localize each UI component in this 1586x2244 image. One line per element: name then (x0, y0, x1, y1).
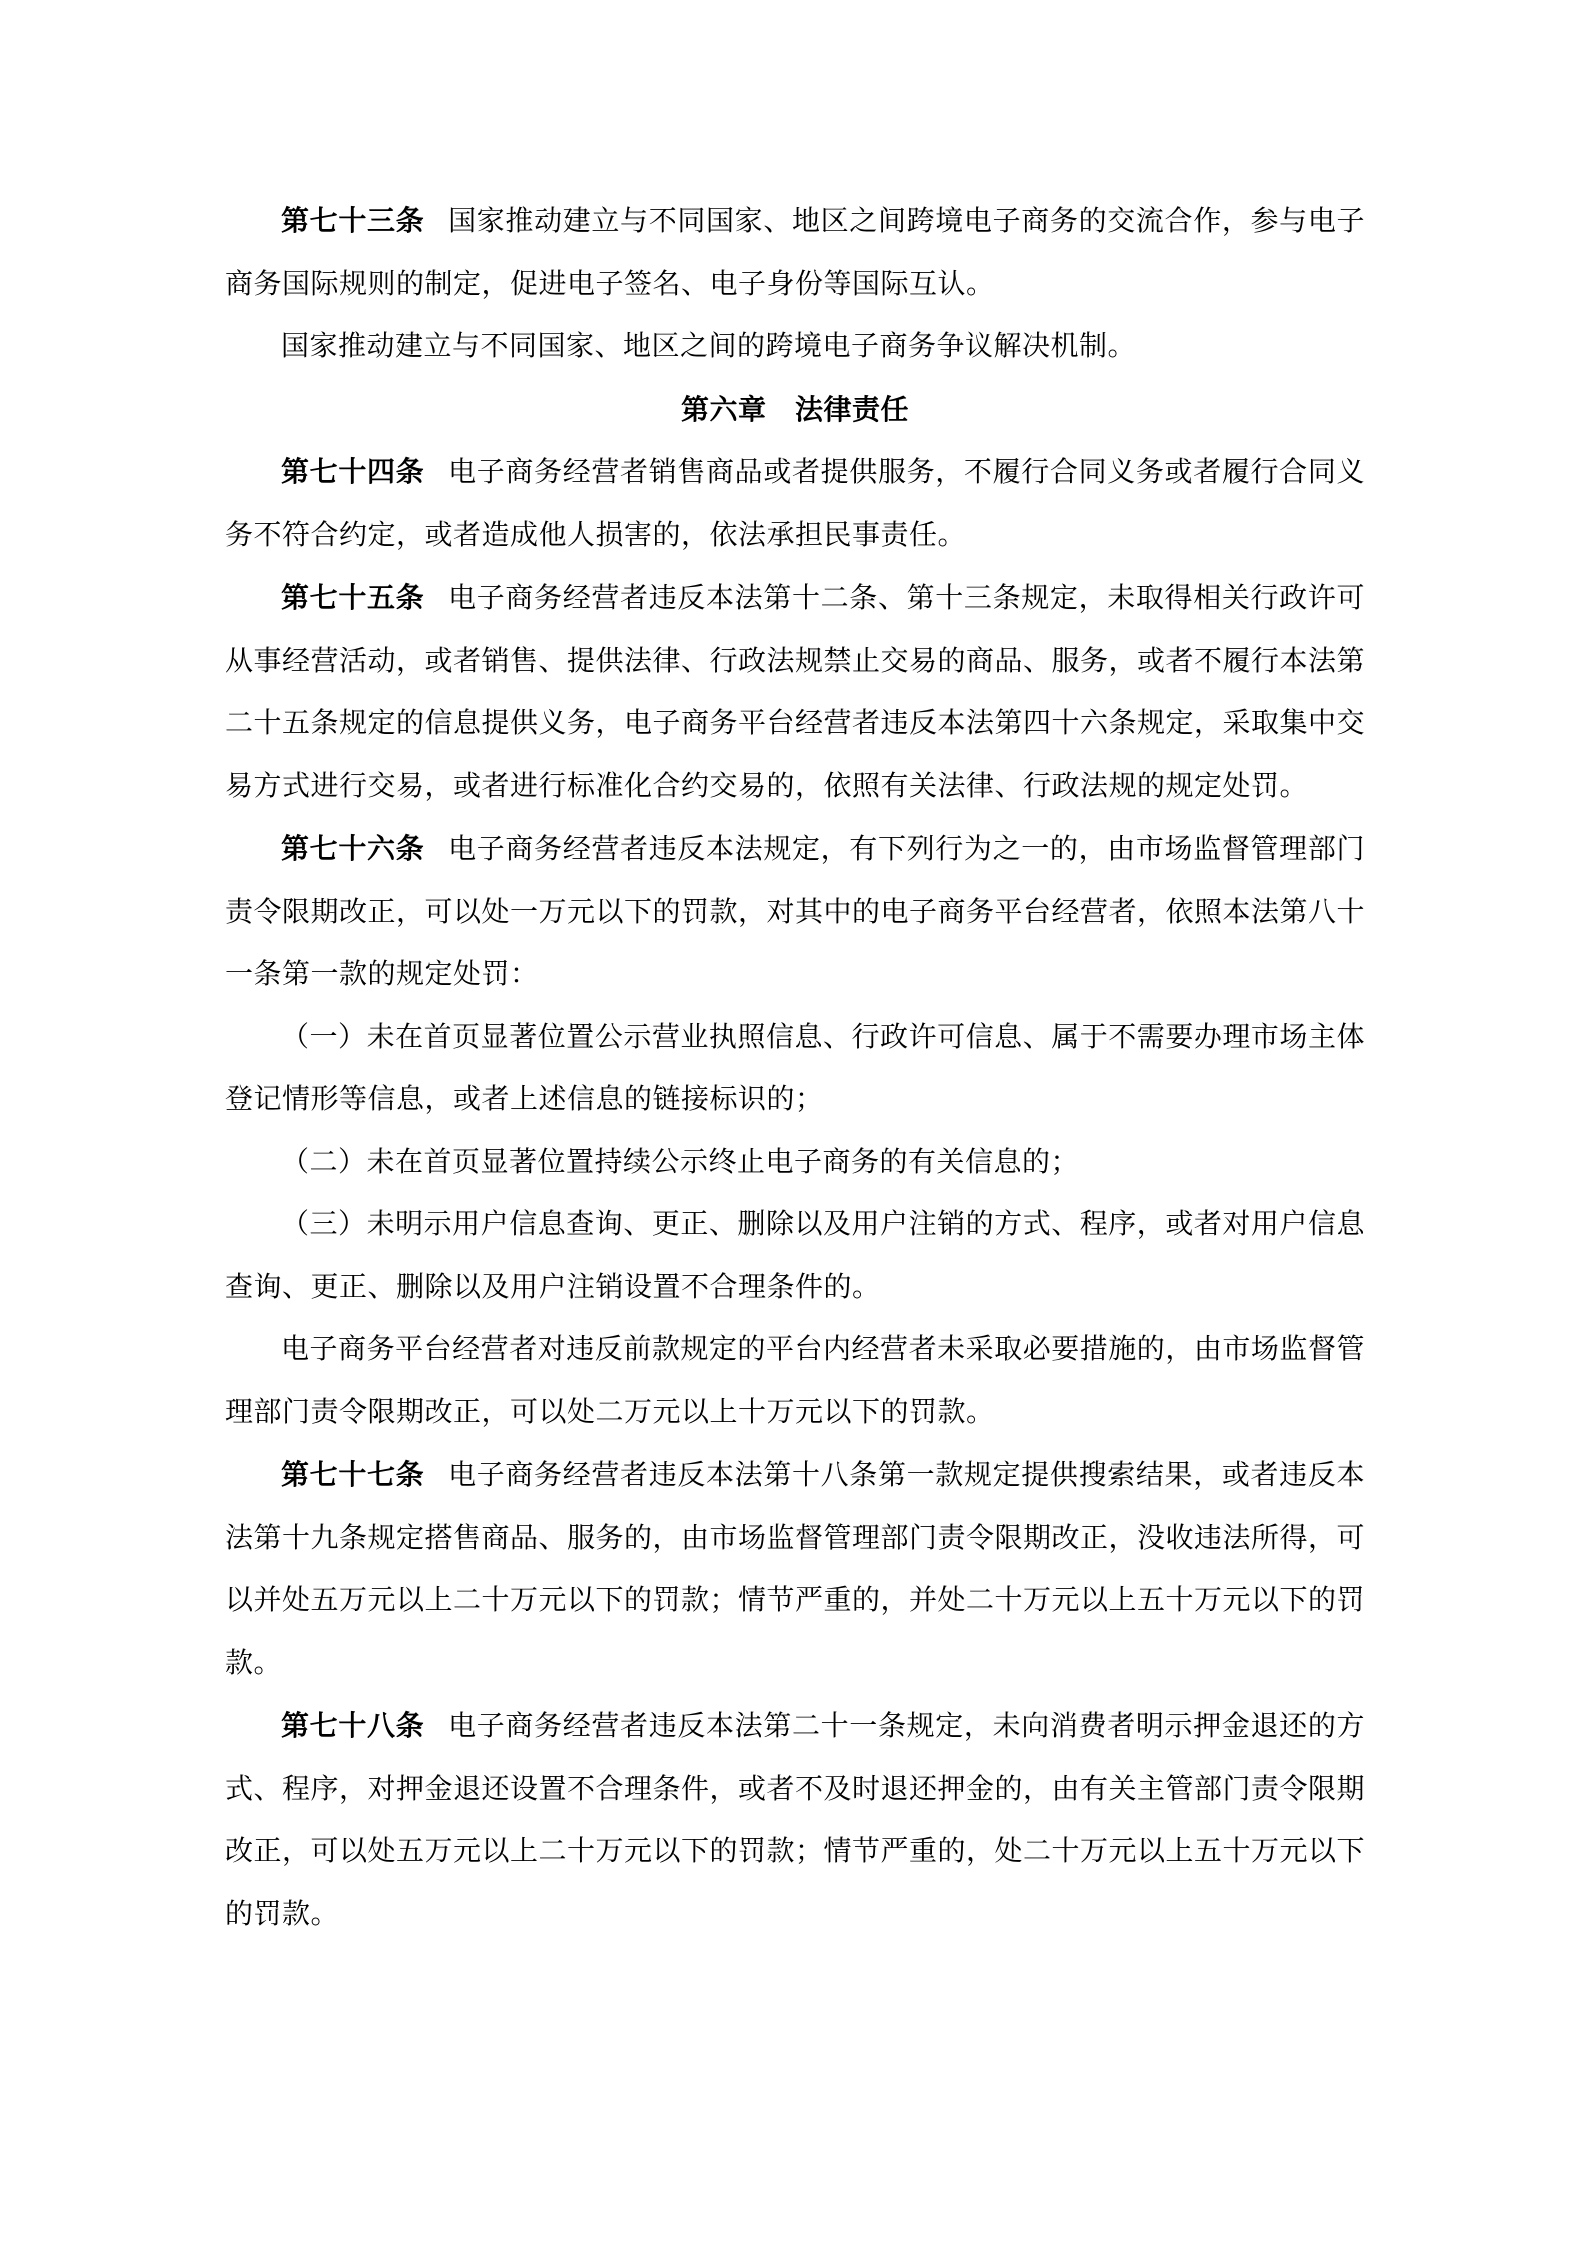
article-73-paragraph-2: 国家推动建立与不同国家、地区之间的跨境电子商务争议解决机制。 (225, 316, 1365, 379)
article-76-item-3-text: （三）未明示用户信息查询、更正、删除以及用户注销的方式、程序，或者对用户信息查询… (225, 1209, 1365, 1303)
article-76-intro-paragraph: 第七十六条电子商务经营者违反本法规定，有下列行为之一的，由市场监督管理部门责令限… (225, 818, 1365, 1007)
article-76-paragraph-2-text: 电子商务平台经营者对违反前款规定的平台内经营者未采取必要措施的，由市场监督管理部… (225, 1334, 1365, 1428)
article-76-item-1-text: （一）未在首页显著位置公示营业执照信息、行政许可信息、属于不需要办理市场主体登记… (225, 1022, 1365, 1116)
chapter-6-heading: 第六章 法律责任 (225, 379, 1365, 442)
article-76-number: 第七十六条 (281, 833, 424, 864)
article-78-paragraph: 第七十八条电子商务经营者违反本法第二十一条规定，未向消费者明示押金退还的方式、程… (225, 1695, 1365, 1946)
article-77-paragraph: 第七十七条电子商务经营者违反本法第十八条第一款规定提供搜索结果，或者违反本法第十… (225, 1444, 1365, 1695)
article-73-paragraph-1: 第七十三条国家推动建立与不同国家、地区之间跨境电子商务的交流合作，参与电子商务国… (225, 190, 1365, 316)
article-74-paragraph: 第七十四条电子商务经营者销售商品或者提供服务，不履行合同义务或者履行合同义务不符… (225, 441, 1365, 567)
article-76-paragraph-2: 电子商务平台经营者对违反前款规定的平台内经营者未采取必要措施的，由市场监督管理部… (225, 1319, 1365, 1444)
article-75-number: 第七十五条 (281, 582, 424, 613)
article-76-item-2: （二）未在首页显著位置持续公示终止电子商务的有关信息的； (225, 1132, 1365, 1195)
article-78-number: 第七十八条 (281, 1710, 424, 1741)
article-75-text: 电子商务经营者违反本法第十二条、第十三条规定，未取得相关行政许可从事经营活动，或… (225, 583, 1365, 802)
article-76-item-1: （一）未在首页显著位置公示营业执照信息、行政许可信息、属于不需要办理市场主体登记… (225, 1007, 1365, 1132)
article-74-number: 第七十四条 (281, 456, 424, 487)
article-73-paragraph-2-text: 国家推动建立与不同国家、地区之间的跨境电子商务争议解决机制。 (281, 331, 1136, 362)
article-76-item-3: （三）未明示用户信息查询、更正、删除以及用户注销的方式、程序，或者对用户信息查询… (225, 1194, 1365, 1319)
article-73-number: 第七十三条 (281, 205, 424, 236)
document-page: 第七十三条国家推动建立与不同国家、地区之间跨境电子商务的交流合作，参与电子商务国… (0, 0, 1586, 2244)
article-75-paragraph: 第七十五条电子商务经营者违反本法第十二条、第十三条规定，未取得相关行政许可从事经… (225, 567, 1365, 818)
article-76-item-2-text: （二）未在首页显著位置持续公示终止电子商务的有关信息的； (281, 1147, 1079, 1178)
article-78-text: 电子商务经营者违反本法第二十一条规定，未向消费者明示押金退还的方式、程序，对押金… (225, 1711, 1365, 1930)
article-77-number: 第七十七条 (281, 1459, 424, 1490)
article-77-text: 电子商务经营者违反本法第十八条第一款规定提供搜索结果，或者违反本法第十九条规定搭… (225, 1460, 1365, 1679)
